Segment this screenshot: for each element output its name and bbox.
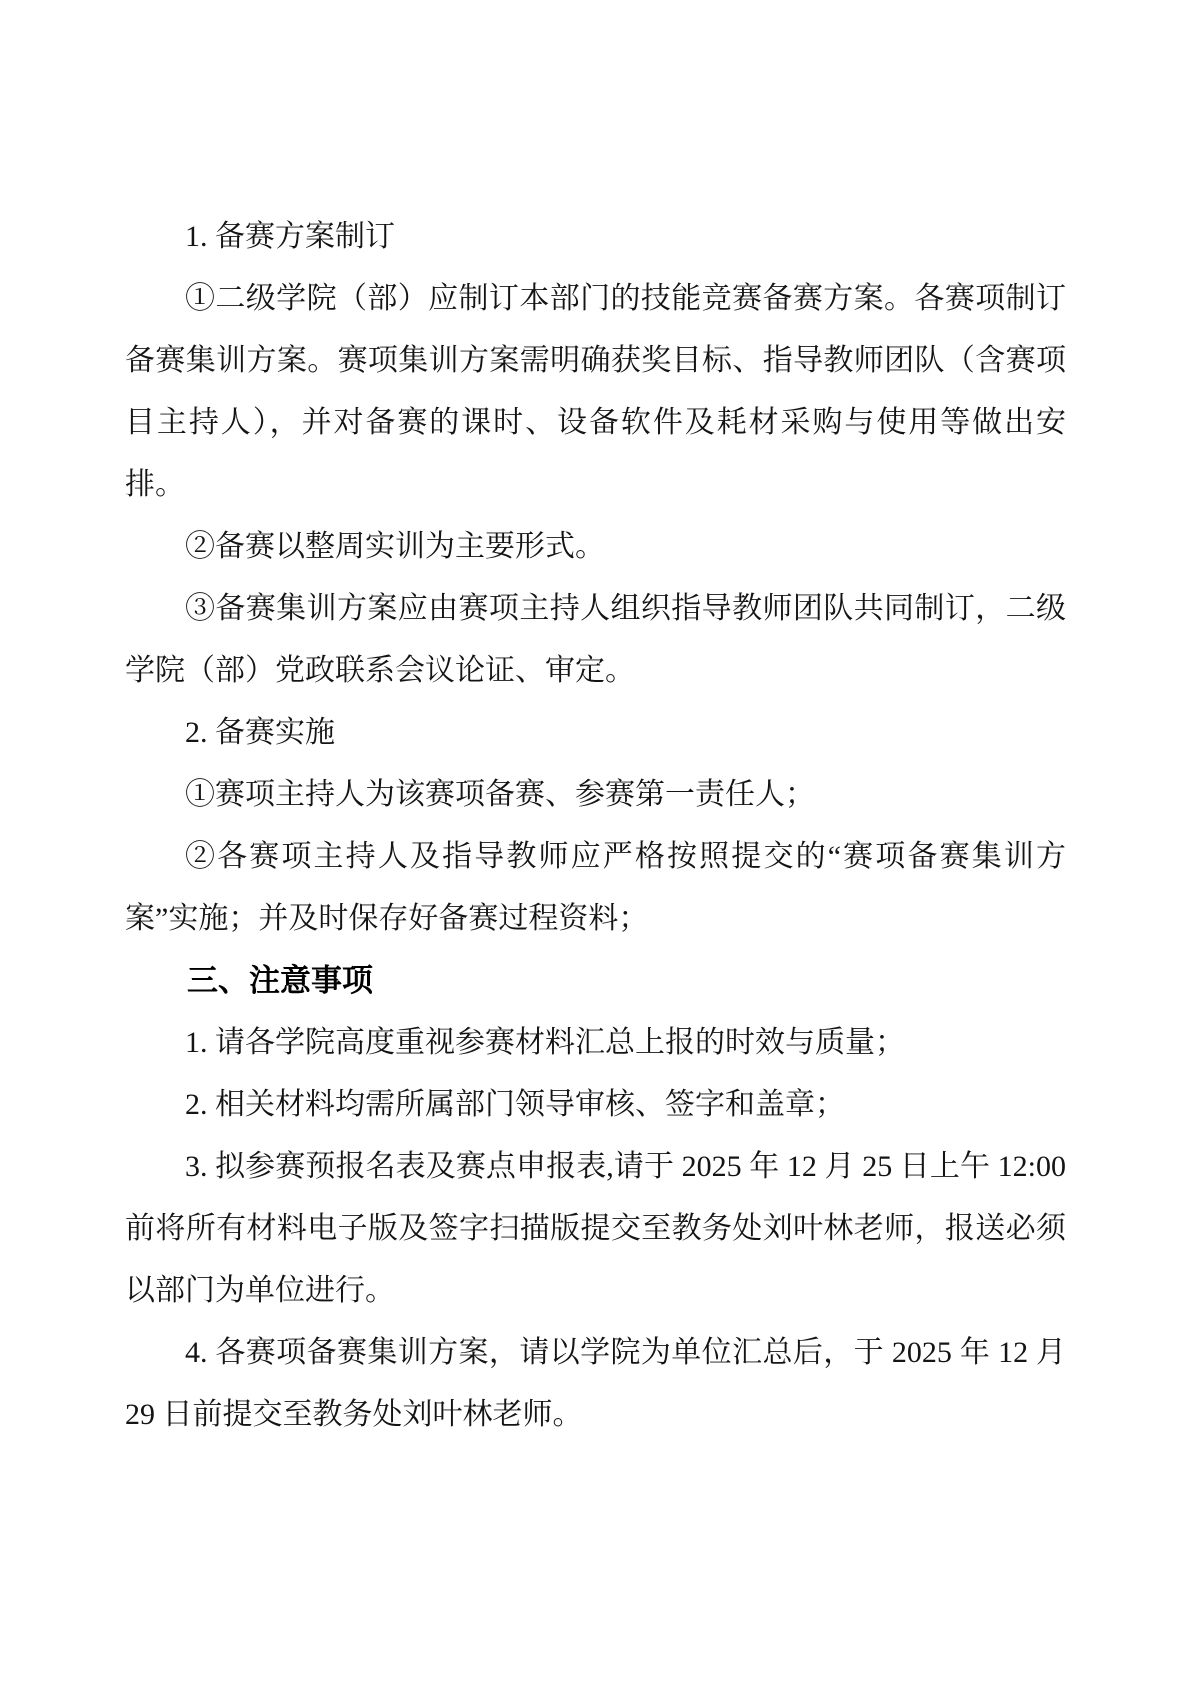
document-page: 1. 备赛方案制订 ①二级学院（部）应制订本部门的技能竞赛备赛方案。各赛项制订备…	[0, 0, 1191, 1684]
section-heading-notes: 三、注意事项	[125, 950, 1066, 1012]
paragraph-implementation-title: 2. 备赛实施	[125, 702, 1066, 764]
paragraph: 1. 请各学院高度重视参赛材料汇总上报的时效与质量；	[125, 1012, 1066, 1074]
paragraph: 4. 各赛项备赛集训方案，请以学院为单位汇总后，于 2025 年 12 月 29…	[125, 1322, 1066, 1446]
paragraph: ③备赛集训方案应由赛项主持人组织指导教师团队共同制订，二级学院（部）党政联系会议…	[125, 578, 1066, 702]
paragraph-plan-title: 1. 备赛方案制订	[125, 206, 1066, 268]
paragraph: ①赛项主持人为该赛项备赛、参赛第一责任人；	[125, 764, 1066, 826]
paragraph: 2. 相关材料均需所属部门领导审核、签字和盖章；	[125, 1074, 1066, 1136]
paragraph: ②备赛以整周实训为主要形式。	[125, 516, 1066, 578]
paragraph: ②各赛项主持人及指导教师应严格按照提交的“赛项备赛集训方案”实施；并及时保存好备…	[125, 826, 1066, 950]
document-body: 1. 备赛方案制订 ①二级学院（部）应制订本部门的技能竞赛备赛方案。各赛项制订备…	[125, 206, 1066, 1446]
paragraph: ①二级学院（部）应制订本部门的技能竞赛备赛方案。各赛项制订备赛集训方案。赛项集训…	[125, 268, 1066, 516]
paragraph: 3. 拟参赛预报名表及赛点申报表,请于 2025 年 12 月 25 日上午 1…	[125, 1136, 1066, 1322]
